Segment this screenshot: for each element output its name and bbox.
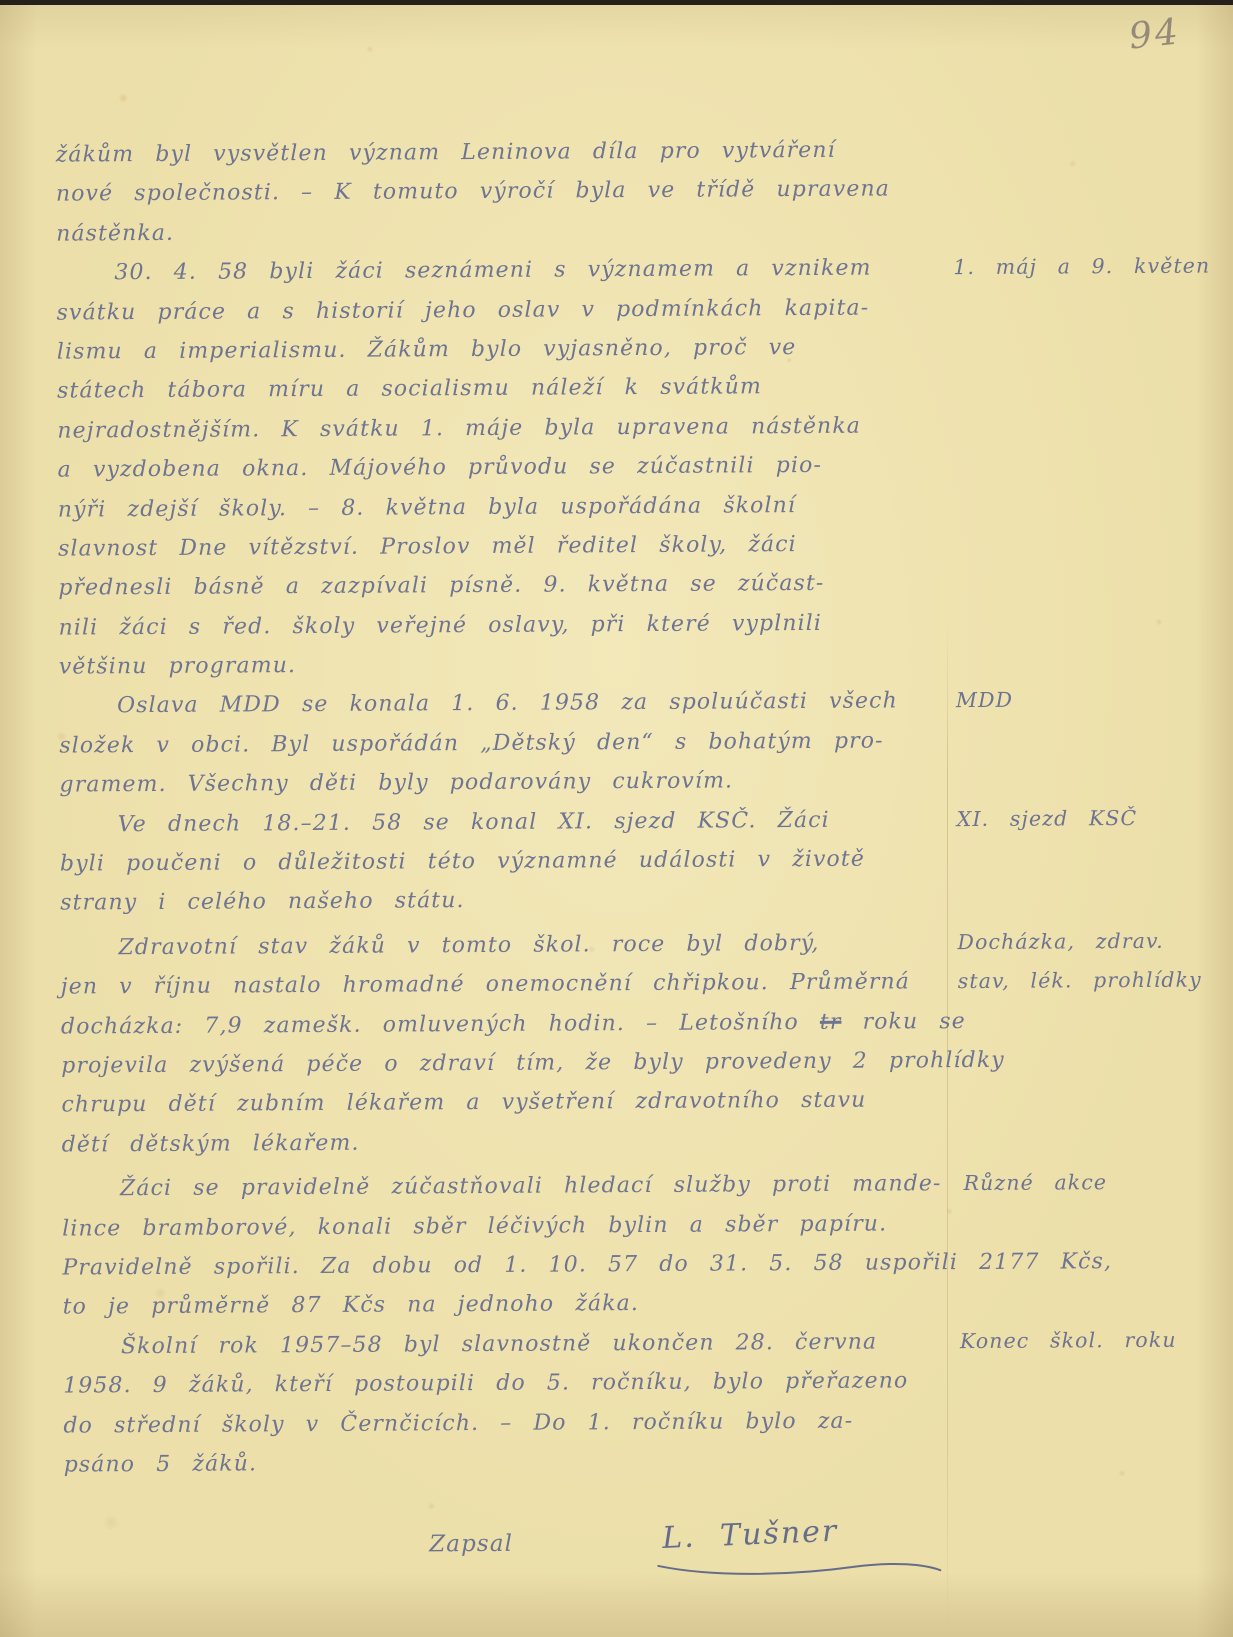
line-text: a vyzdobena okna. Májového průvodu se zú… xyxy=(58,452,933,482)
line-text: lince bramborové, konali sběr léčivých b… xyxy=(62,1211,937,1241)
line-text: přednesli básně a zazpívali písně. 9. kv… xyxy=(58,571,933,601)
line-text: 1958. 9 žáků, kteří postoupili do 5. roč… xyxy=(63,1368,938,1398)
line-text: Žáci se pravidelně zúčastňovali hledací … xyxy=(62,1171,942,1201)
line-text: žákům byl vysvětlen význam Leninova díla… xyxy=(56,137,931,167)
line-text: většinu programu. xyxy=(59,649,934,679)
margin-note: 1. máj a 9. květen xyxy=(931,254,1210,280)
line-text: nástěnka. xyxy=(56,216,931,246)
line-text: státech tábora míru a socialismu náleží … xyxy=(57,374,932,404)
text-line: strany i celého našeho státu. xyxy=(60,884,1225,931)
line-text: Pravidelně spořili. Za dobu od 1. 10. 57… xyxy=(62,1249,1112,1280)
margin-note: MDD xyxy=(934,688,1013,712)
line-text: 30. 4. 58 byli žáci seznámeni s významem… xyxy=(56,255,931,285)
margin-note: Docházka, zdrav. xyxy=(935,929,1164,954)
line-text: Oslava MDD se konala 1. 6. 1958 za spolu… xyxy=(59,689,934,719)
text-line: psáno 5 žáků. xyxy=(64,1445,1229,1492)
line-text: slavnost Dne vítězství. Proslov měl ředi… xyxy=(58,531,933,561)
line-text: Školní rok 1957–58 byl slavnostně ukonče… xyxy=(63,1329,938,1359)
chronicle-page: 94 žákům byl vysvětlen význam Leninova d… xyxy=(0,0,1233,1637)
line-text: gramem. Všechny děti byly podarovány cuk… xyxy=(59,767,934,797)
signature-label: Zapsal xyxy=(429,1531,513,1558)
line-text: jen v říjnu nastalo hromadné onemocnění … xyxy=(61,969,936,999)
handwritten-text-block: žákům byl vysvětlen význam Leninova díla… xyxy=(56,135,1230,1589)
line-text: psáno 5 žáků. xyxy=(64,1447,939,1477)
text-lines: žákům byl vysvětlen význam Leninova díla… xyxy=(56,135,1229,1491)
margin-note: Konec škol. roku xyxy=(938,1327,1177,1352)
line-text: docházka: 7,9 zamešk. omluvených hodin. … xyxy=(61,1009,966,1040)
signature-name: L. Tušner xyxy=(661,1514,838,1556)
line-text: strany i celého našeho státu. xyxy=(60,886,935,916)
line-text: lismu a imperialismu. Žákům bylo vyjasně… xyxy=(57,334,932,364)
line-text: projevila zvýšená péče o zdraví tím, že … xyxy=(61,1048,1005,1079)
line-text: do střední školy v Černčicích. – Do 1. r… xyxy=(63,1408,938,1438)
line-text: složek v obci. Byl uspořádán „Dětský den… xyxy=(59,728,934,758)
struck-out-word: tr xyxy=(820,1009,842,1034)
page-number: 94 xyxy=(1127,11,1183,57)
margin-note: stav, lék. prohlídky xyxy=(936,968,1202,994)
line-text: to je průměrně 87 Kčs na jednoho žáka. xyxy=(63,1290,938,1320)
line-text: byli poučeni o důležitosti této významné… xyxy=(60,846,935,876)
line-text: nové společnosti. – K tomuto výročí byla… xyxy=(56,177,931,207)
line-text: nýři zdejší školy. – 8. května byla uspo… xyxy=(58,492,933,522)
line-text: chrupu dětí zubním lékařem a vyšetření z… xyxy=(61,1088,936,1118)
margin-note: Různé akce xyxy=(941,1170,1107,1195)
line-text: nili žáci s řed. školy veřejné oslavy, p… xyxy=(58,610,933,640)
line-text: svátku práce a s historií jeho oslav v p… xyxy=(57,295,932,325)
line-text: Ve dnech 18.–21. 58 se konal XI. sjezd K… xyxy=(60,807,935,837)
line-text: nejradostnějším. K svátku 1. máje byla u… xyxy=(57,413,932,443)
signature-flourish xyxy=(654,1554,944,1580)
signature-row: Zapsal L. Tušner xyxy=(64,1513,1229,1590)
line-text: Zdravotní stav žáků v tomto škol. roce b… xyxy=(60,930,935,960)
text-line: dětí dětským lékařem. xyxy=(62,1125,1227,1172)
margin-note: XI. sjezd KSČ xyxy=(935,806,1138,831)
page-top-edge xyxy=(0,0,1233,5)
line-text: dětí dětským lékařem. xyxy=(62,1127,937,1157)
